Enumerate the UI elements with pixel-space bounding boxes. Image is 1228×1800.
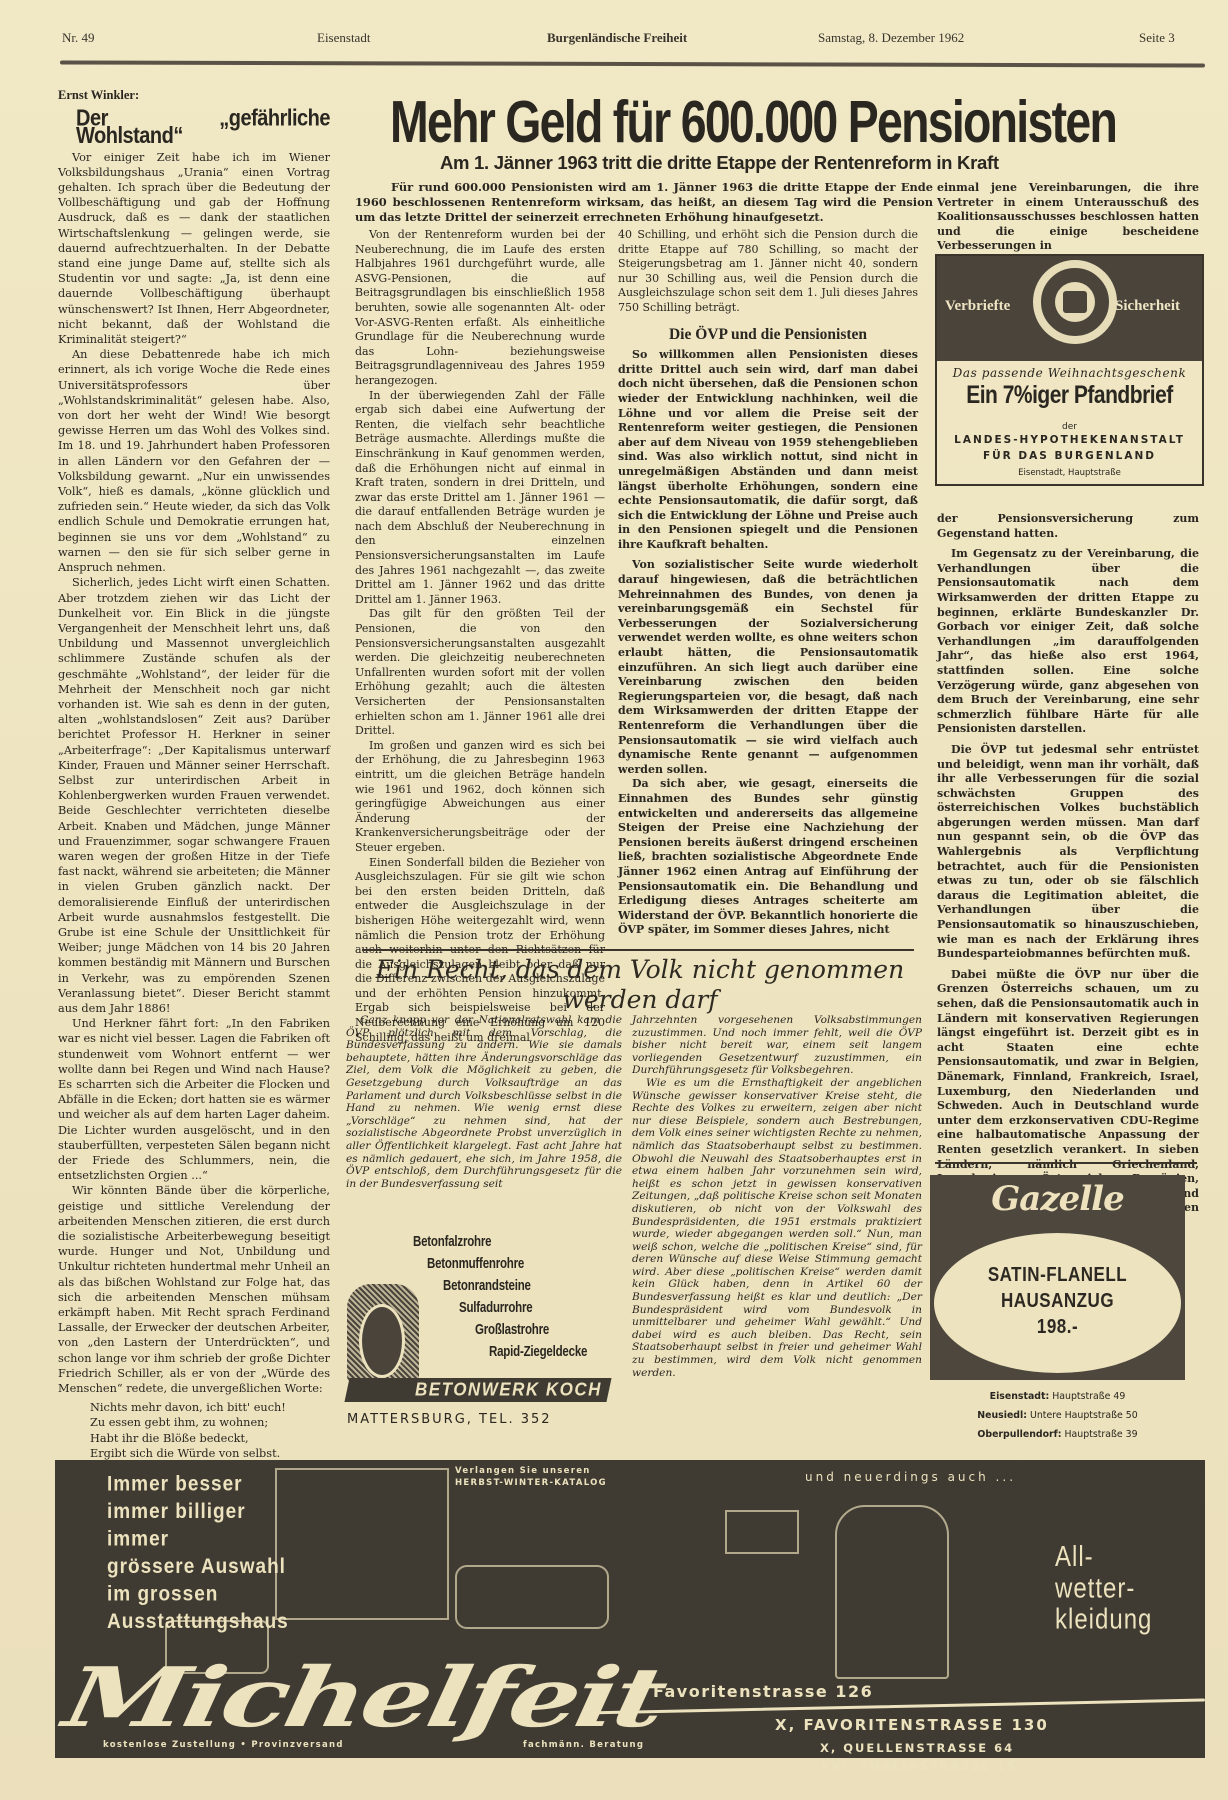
branch-address: XVI, THALIASTRASSE 15 xyxy=(820,1759,1017,1773)
article-paragraph: Von sozialistischer Seite wurde wiederho… xyxy=(618,558,918,777)
ad-product: Betonfalzrohre xyxy=(413,1235,491,1250)
article-paragraph: An diese Debattenrede habe ich mich erin… xyxy=(58,347,330,575)
article-paragraph: Ganz knapp vor der Nationalratswahl kam … xyxy=(346,1014,622,1190)
article-paragraph: einmal jene Vereinbarungen, die ihre Ver… xyxy=(937,181,1199,254)
ad-right-word: Sicherheit xyxy=(1115,298,1180,315)
gazelle-ad[interactable]: Gazelle SATIN-FLANELL HAUSANZUG 198.- xyxy=(930,1175,1185,1380)
article-paragraph: Vor einiger Zeit habe ich im Wiener Volk… xyxy=(58,150,330,348)
main-article-col2: 40 Schilling, und erhöht sich die Pensio… xyxy=(618,228,918,938)
article-paragraph: der Pensionsversicherung zum Gegenstand … xyxy=(937,512,1199,541)
ad-product: Betonmuffenrohre xyxy=(427,1257,524,1272)
ad-institution: LANDES-HYPOTHEKENANSTALT xyxy=(937,434,1202,446)
section-subhead: Die ÖVP und die Pensionisten xyxy=(618,328,918,343)
newspaper-page: Nr. 49 Eisenstadt Burgenländische Freihe… xyxy=(0,0,1228,1800)
ad-der: der xyxy=(937,422,1202,432)
company-name: BETONWERK KOCH xyxy=(415,1379,605,1401)
catalog-note: Verlangen Sie unseren HERBST-WINTER-KATA… xyxy=(455,1465,607,1489)
article-byline: Ernst Winkler: xyxy=(58,88,330,103)
ad-price: 198.- xyxy=(930,1315,1185,1339)
article-paragraph: Von der Rentenreform wurden bei der Neub… xyxy=(355,228,605,389)
ad-product: Rapid-Ziegeldecke xyxy=(489,1345,587,1360)
pipe-opening-icon xyxy=(359,1304,405,1378)
article-paragraph: Jahrzehnten vorgesehenen Volksabstimmung… xyxy=(632,1014,922,1077)
ad-product-type: HAUSANZUG xyxy=(930,1289,1185,1313)
main-article-col1: Von der Rentenreform wurden bei der Neub… xyxy=(355,228,605,1045)
michelfeit-logo: Michelfeit xyxy=(57,1650,671,1746)
paper-name: Burgenländische Freiheit xyxy=(547,30,687,46)
column-rule xyxy=(935,1162,1197,1164)
michelfeit-ad[interactable]: Immer besser immer billiger immer grösse… xyxy=(55,1460,1205,1758)
news-line: und neuerdings auch ... xyxy=(805,1470,1016,1484)
pfandbrief-seal-icon xyxy=(1033,260,1117,344)
article-paragraph: Im Gegensatz zu der Vereinbarung, die Ve… xyxy=(937,547,1199,737)
main-address: X, FAVORITENSTRASSE 130 xyxy=(775,1716,1049,1734)
branch-address: Favoritenstrasse 126 xyxy=(653,1682,873,1701)
article-title: Der „gefährliche Wohlstand“ xyxy=(76,111,330,146)
branch-address: X, QUELLENSTRASSE 64 xyxy=(820,1741,1014,1755)
recht-article-title: Ein Recht, das dem Volk nicht genommen w… xyxy=(360,955,920,1015)
article-paragraph: So willkommen allen Pensionisten dieses … xyxy=(618,348,918,552)
main-headline: Mehr Geld für 600.000 Pensionisten xyxy=(390,88,1044,156)
article-paragraph: Im großen und ganzen wird es sich bei de… xyxy=(355,739,605,856)
poem-line: Nichts mehr davon, ich bitt' euch! xyxy=(90,1400,330,1415)
company-location: MATTERSBURG, TEL. 352 xyxy=(347,1412,617,1427)
gazelle-logo: Gazelle xyxy=(930,1179,1185,1219)
article-paragraph: Sicherlich, jedes Licht wirft einen Scha… xyxy=(58,575,330,1016)
ad-left-word: Verbriefte xyxy=(945,298,1010,315)
poem-line: Habt ihr die Blöße bedeckt, xyxy=(90,1431,330,1446)
ad-product: Betonrandsteine xyxy=(443,1279,531,1294)
clothing-label: All- wetter- kleidung xyxy=(1055,1542,1152,1636)
article-paragraph: Da sich aber, wie gesagt, einerseits die… xyxy=(618,777,918,938)
sofa-illustration-icon xyxy=(455,1565,609,1629)
issue-number: Nr. 49 xyxy=(62,30,95,46)
recht-article-col1: Ganz knapp vor der Nationalratswahl kam … xyxy=(346,1014,622,1190)
article-paragraph: In der überwiegenden Zahl der Fälle erga… xyxy=(355,389,605,608)
main-subheadline: Am 1. Jänner 1963 tritt die dritte Etapp… xyxy=(440,152,1120,174)
curtain-illustration-icon xyxy=(275,1468,449,1620)
masthead: Nr. 49 Eisenstadt Burgenländische Freihe… xyxy=(62,22,1202,46)
section-rule xyxy=(362,949,914,951)
store-line: Neusiedl: Untere Hauptstraße 50 xyxy=(930,1406,1185,1425)
recht-article-col2: Jahrzehnten vorgesehenen Volksabstimmung… xyxy=(632,1014,922,1379)
ad-offer: Ein 7%iger Pfandbrief xyxy=(937,382,1202,411)
ad-product: SATIN-FLANELL xyxy=(930,1263,1185,1287)
ad-slogan: Immer besser immer billiger immer grösse… xyxy=(107,1471,289,1636)
fabric-stack-icon xyxy=(725,1510,799,1554)
ad-banner: Verbriefte Sicherheit xyxy=(937,256,1202,361)
left-article: Ernst Winkler: Der „gefährliche Wohlstan… xyxy=(58,88,330,1461)
delivery-note: kostenlose Zustellung • Provinzversand xyxy=(103,1740,344,1750)
store-line: Eisenstadt: Hauptstraße 49 xyxy=(930,1387,1185,1406)
poem-quote: Nichts mehr davon, ich bitt' euch! Zu es… xyxy=(58,1400,330,1461)
page-number: Seite 3 xyxy=(1139,30,1175,46)
masthead-rule xyxy=(60,61,1205,68)
main-lead: Für rund 600.000 Pensionisten wird am 1.… xyxy=(355,180,933,224)
article-paragraph: Wir könnten Bände über die körperliche, … xyxy=(58,1183,330,1396)
main-article-col3: der Pensionsversicherung zum Gegenstand … xyxy=(937,512,1199,1231)
ad-product: Großlastrohre xyxy=(475,1323,549,1338)
gazelle-stores: Eisenstadt: Hauptstraße 49 Neusiedl: Unt… xyxy=(930,1387,1185,1444)
article-paragraph: Die ÖVP tut jedesmal sehr entrüstet und … xyxy=(937,743,1199,962)
ad-product: Sulfadurrohre xyxy=(459,1301,532,1316)
pfandbrief-ad[interactable]: Verbriefte Sicherheit Das passende Weihn… xyxy=(935,254,1204,486)
issue-date: Samstag, 8. Dezember 1962 xyxy=(818,30,964,46)
ad-tagline: Das passende Weihnachtsgeschenk xyxy=(937,366,1202,380)
ad-address: Eisenstadt, Hauptstraße xyxy=(937,468,1202,478)
ad-institution-region: FÜR DAS BURGENLAND xyxy=(937,450,1202,462)
article-paragraph: 40 Schilling, und erhöht sich die Pensio… xyxy=(618,228,918,316)
advice-note: fachmänn. Beratung xyxy=(523,1740,644,1750)
article-paragraph: Wie es um die Ernsthaftigkeit der angebl… xyxy=(632,1077,922,1379)
article-paragraph: Das gilt für den größten Teil der Pensio… xyxy=(355,607,605,738)
article-paragraph: Und Herkner fährt fort: „In den Fabriken… xyxy=(58,1016,330,1183)
betonwerk-ad[interactable]: Betonfalzrohre Betonmuffenrohre Betonran… xyxy=(335,1232,625,1432)
hand-icon xyxy=(1055,282,1095,322)
couple-in-coats-icon xyxy=(835,1505,949,1679)
poem-line: Ergibt sich die Würde von selbst. xyxy=(90,1446,330,1461)
poem-line: Zu essen gebt ihm, zu wohnen; xyxy=(90,1415,330,1430)
masthead-city: Eisenstadt xyxy=(317,30,370,46)
main-article-col3-top: einmal jene Vereinbarungen, die ihre Ver… xyxy=(937,181,1199,254)
store-line: Oberpullendorf: Hauptstraße 39 xyxy=(930,1425,1185,1444)
